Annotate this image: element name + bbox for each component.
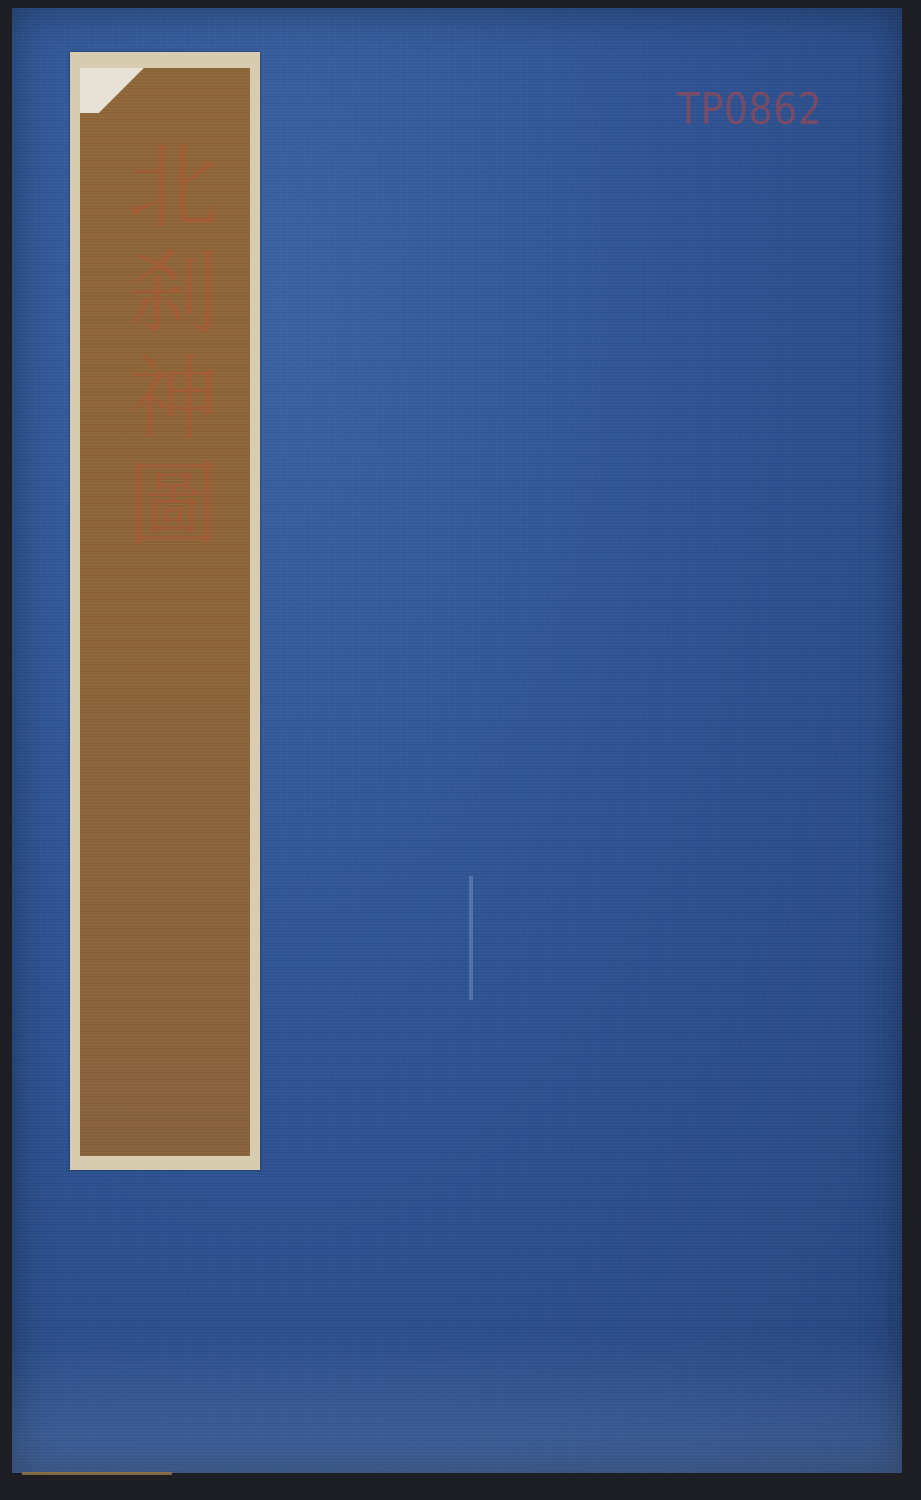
torn-corner — [80, 68, 150, 113]
slip-title: 北刹神圖 — [119, 138, 211, 562]
catalog-number: TP0862 — [677, 84, 823, 135]
cloth-seam — [469, 876, 473, 1000]
title-slip-frame: 北刹神圖 — [70, 52, 260, 1170]
book-cover: 北刹神圖 TP0862 — [12, 8, 902, 1473]
title-slip: 北刹神圖 — [80, 68, 250, 1156]
board-edge — [22, 1472, 172, 1475]
cover-wear — [12, 1333, 902, 1473]
